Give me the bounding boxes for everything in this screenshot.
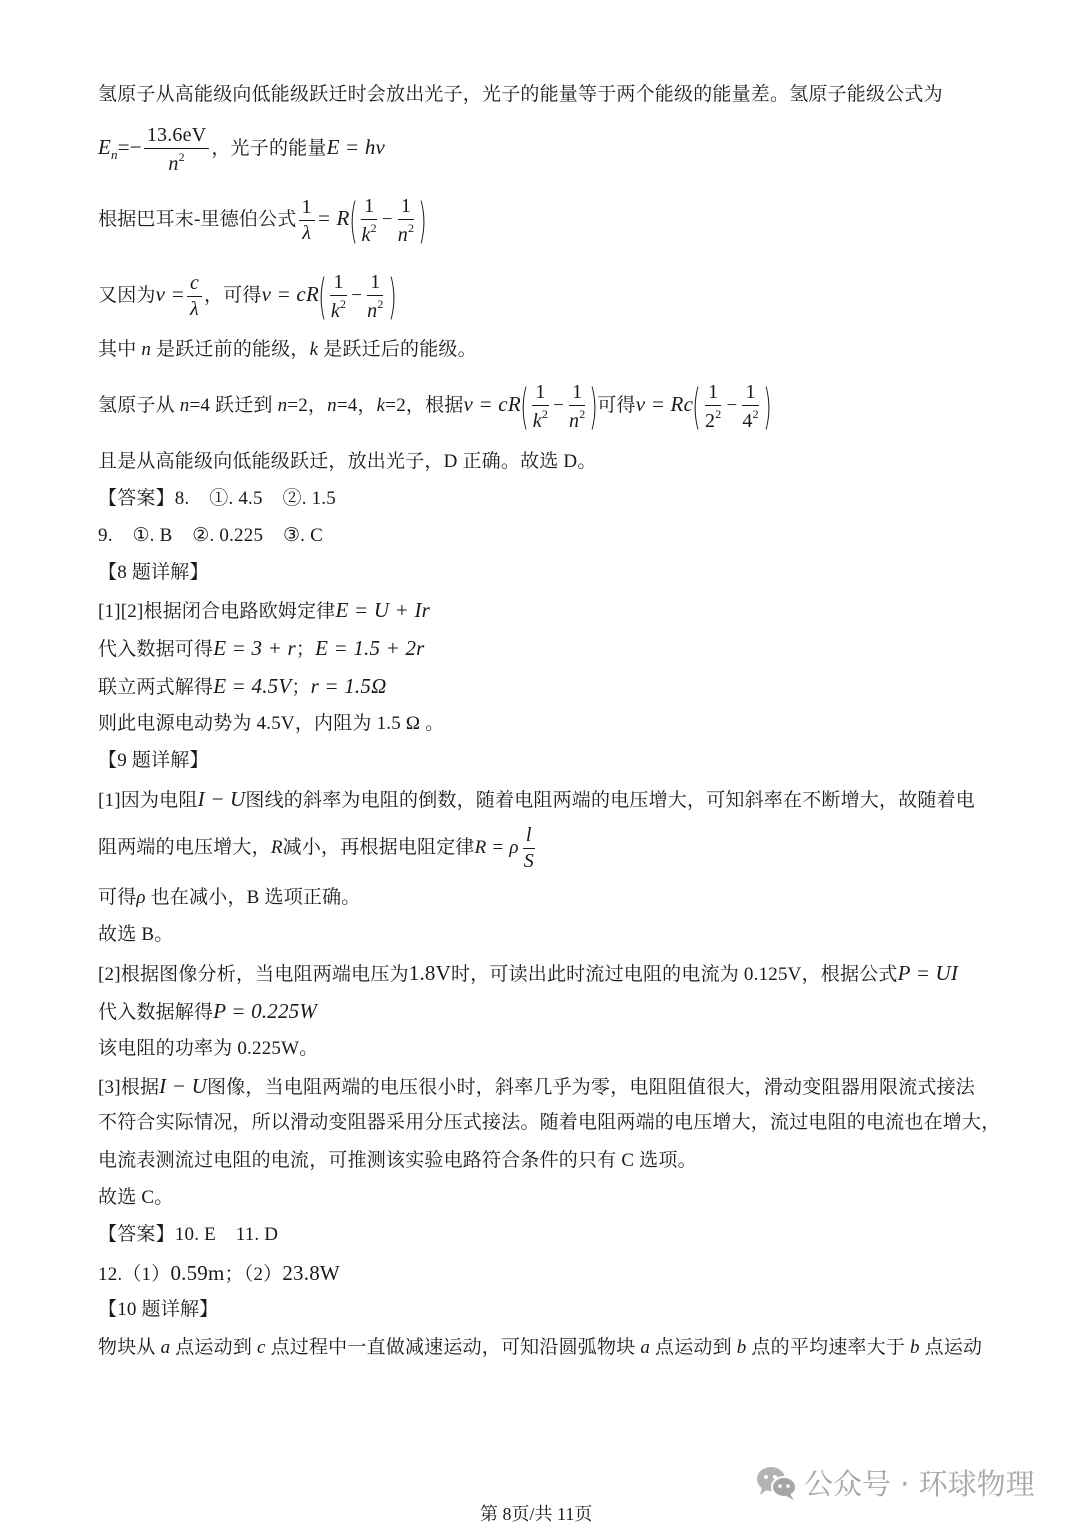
- frequency-formula: 又因为ν =cλ，可得ν = cR(1k2−1n2): [98, 268, 395, 322]
- section-heading: 【10 题详解】: [98, 1298, 218, 1322]
- text-line: [2]根据图像分析，当电阻两端电压为1.8V时，可读出此时流过电阻的电流为 0.…: [98, 961, 958, 987]
- text-line: [1][2]根据闭合电路欧姆定律E = U + Ir: [98, 598, 430, 624]
- watermark-text: 公众号 · 环球物理: [804, 1462, 1035, 1503]
- answer-line: 9. ①. B ②. 0.225 ③. C: [98, 524, 323, 548]
- text-line: 电流表测流过电阻的电流，可推测该实验电路符合条件的只有 C 选项。: [98, 1149, 697, 1173]
- energy-level-formula: En=−13.6eVn2，光子的能量E = hν: [98, 122, 385, 180]
- text-line: 阻两端的电压增大，R减小，再根据电阻定律R = ρlS: [98, 822, 539, 874]
- document-page: 氢原子从高能级向低能级跃迁时会放出光子，光子的能量等于两个能级的能量差。氢原子能…: [0, 0, 1080, 1527]
- text-line: 故选 B。: [98, 923, 173, 947]
- answer-line: 【答案】10. E 11. D: [98, 1223, 278, 1247]
- text-line: 联立两式解得E = 4.5V；r = 1.5Ω: [98, 674, 386, 700]
- answer-line: 【答案】8. ①. 4.5 ②. 1.5: [98, 487, 336, 511]
- text-line: [3]根据I − U图像，当电阻两端的电压很小时，斜率几乎为零，电阻阻值很大，滑…: [98, 1074, 975, 1100]
- text-line: 可得ρ 也在减小，B 选项正确。: [98, 886, 361, 910]
- text-line: 氢原子从高能级向低能级跃迁时会放出光子，光子的能量等于两个能级的能量差。氢原子能…: [98, 83, 943, 107]
- page-number: 第 8页/共 11页: [480, 1500, 592, 1526]
- section-heading: 【8 题详解】: [98, 561, 209, 585]
- fraction: 13.6eVn2: [144, 125, 210, 175]
- text-line: 且是从高能级向低能级跃迁，放出光子，D 正确。故选 D。: [98, 450, 597, 474]
- text-line: 其中 n 是跃迁前的能级，k 是跃迁后的能级。: [98, 338, 477, 362]
- section-heading: 【9 题详解】: [98, 749, 209, 773]
- text-line: 则此电源电动势为 4.5V，内阻为 1.5 Ω 。: [98, 712, 444, 736]
- answer-line: 12.（1）0.59m；（2）23.8W: [98, 1261, 340, 1287]
- text-line: 该电阻的功率为 0.225W。: [98, 1037, 318, 1061]
- text-line: 物块从 a 点运动到 c 点过程中一直做减速运动，可知沿圆弧物块 a 点运动到 …: [98, 1336, 982, 1360]
- text-line: 不符合实际情况，所以滑动变阻器采用分压式接法。随着电阻两端的电压增大，流过电阻的…: [98, 1111, 1000, 1135]
- watermark: 公众号 · 环球物理: [756, 1462, 1035, 1503]
- text-line: 故选 C。: [98, 1186, 173, 1210]
- transition-formula: 氢原子从 n=4 跃迁到 n=2，n=4，k=2，根据ν = cR(1k2−1n…: [98, 378, 771, 432]
- rydberg-formula: 根据巴耳末-里德伯公式1λ= R(1k2−1n2): [98, 192, 426, 246]
- text-line: 代入数据解得P = 0.225W: [98, 999, 317, 1025]
- text-line: 代入数据可得E = 3 + r；E = 1.5 + 2r: [98, 636, 425, 662]
- wechat-icon: [756, 1465, 798, 1501]
- text-line: [1]因为电阻I − U图线的斜率为电阻的倒数，随着电阻两端的电压增大，可知斜率…: [98, 787, 975, 813]
